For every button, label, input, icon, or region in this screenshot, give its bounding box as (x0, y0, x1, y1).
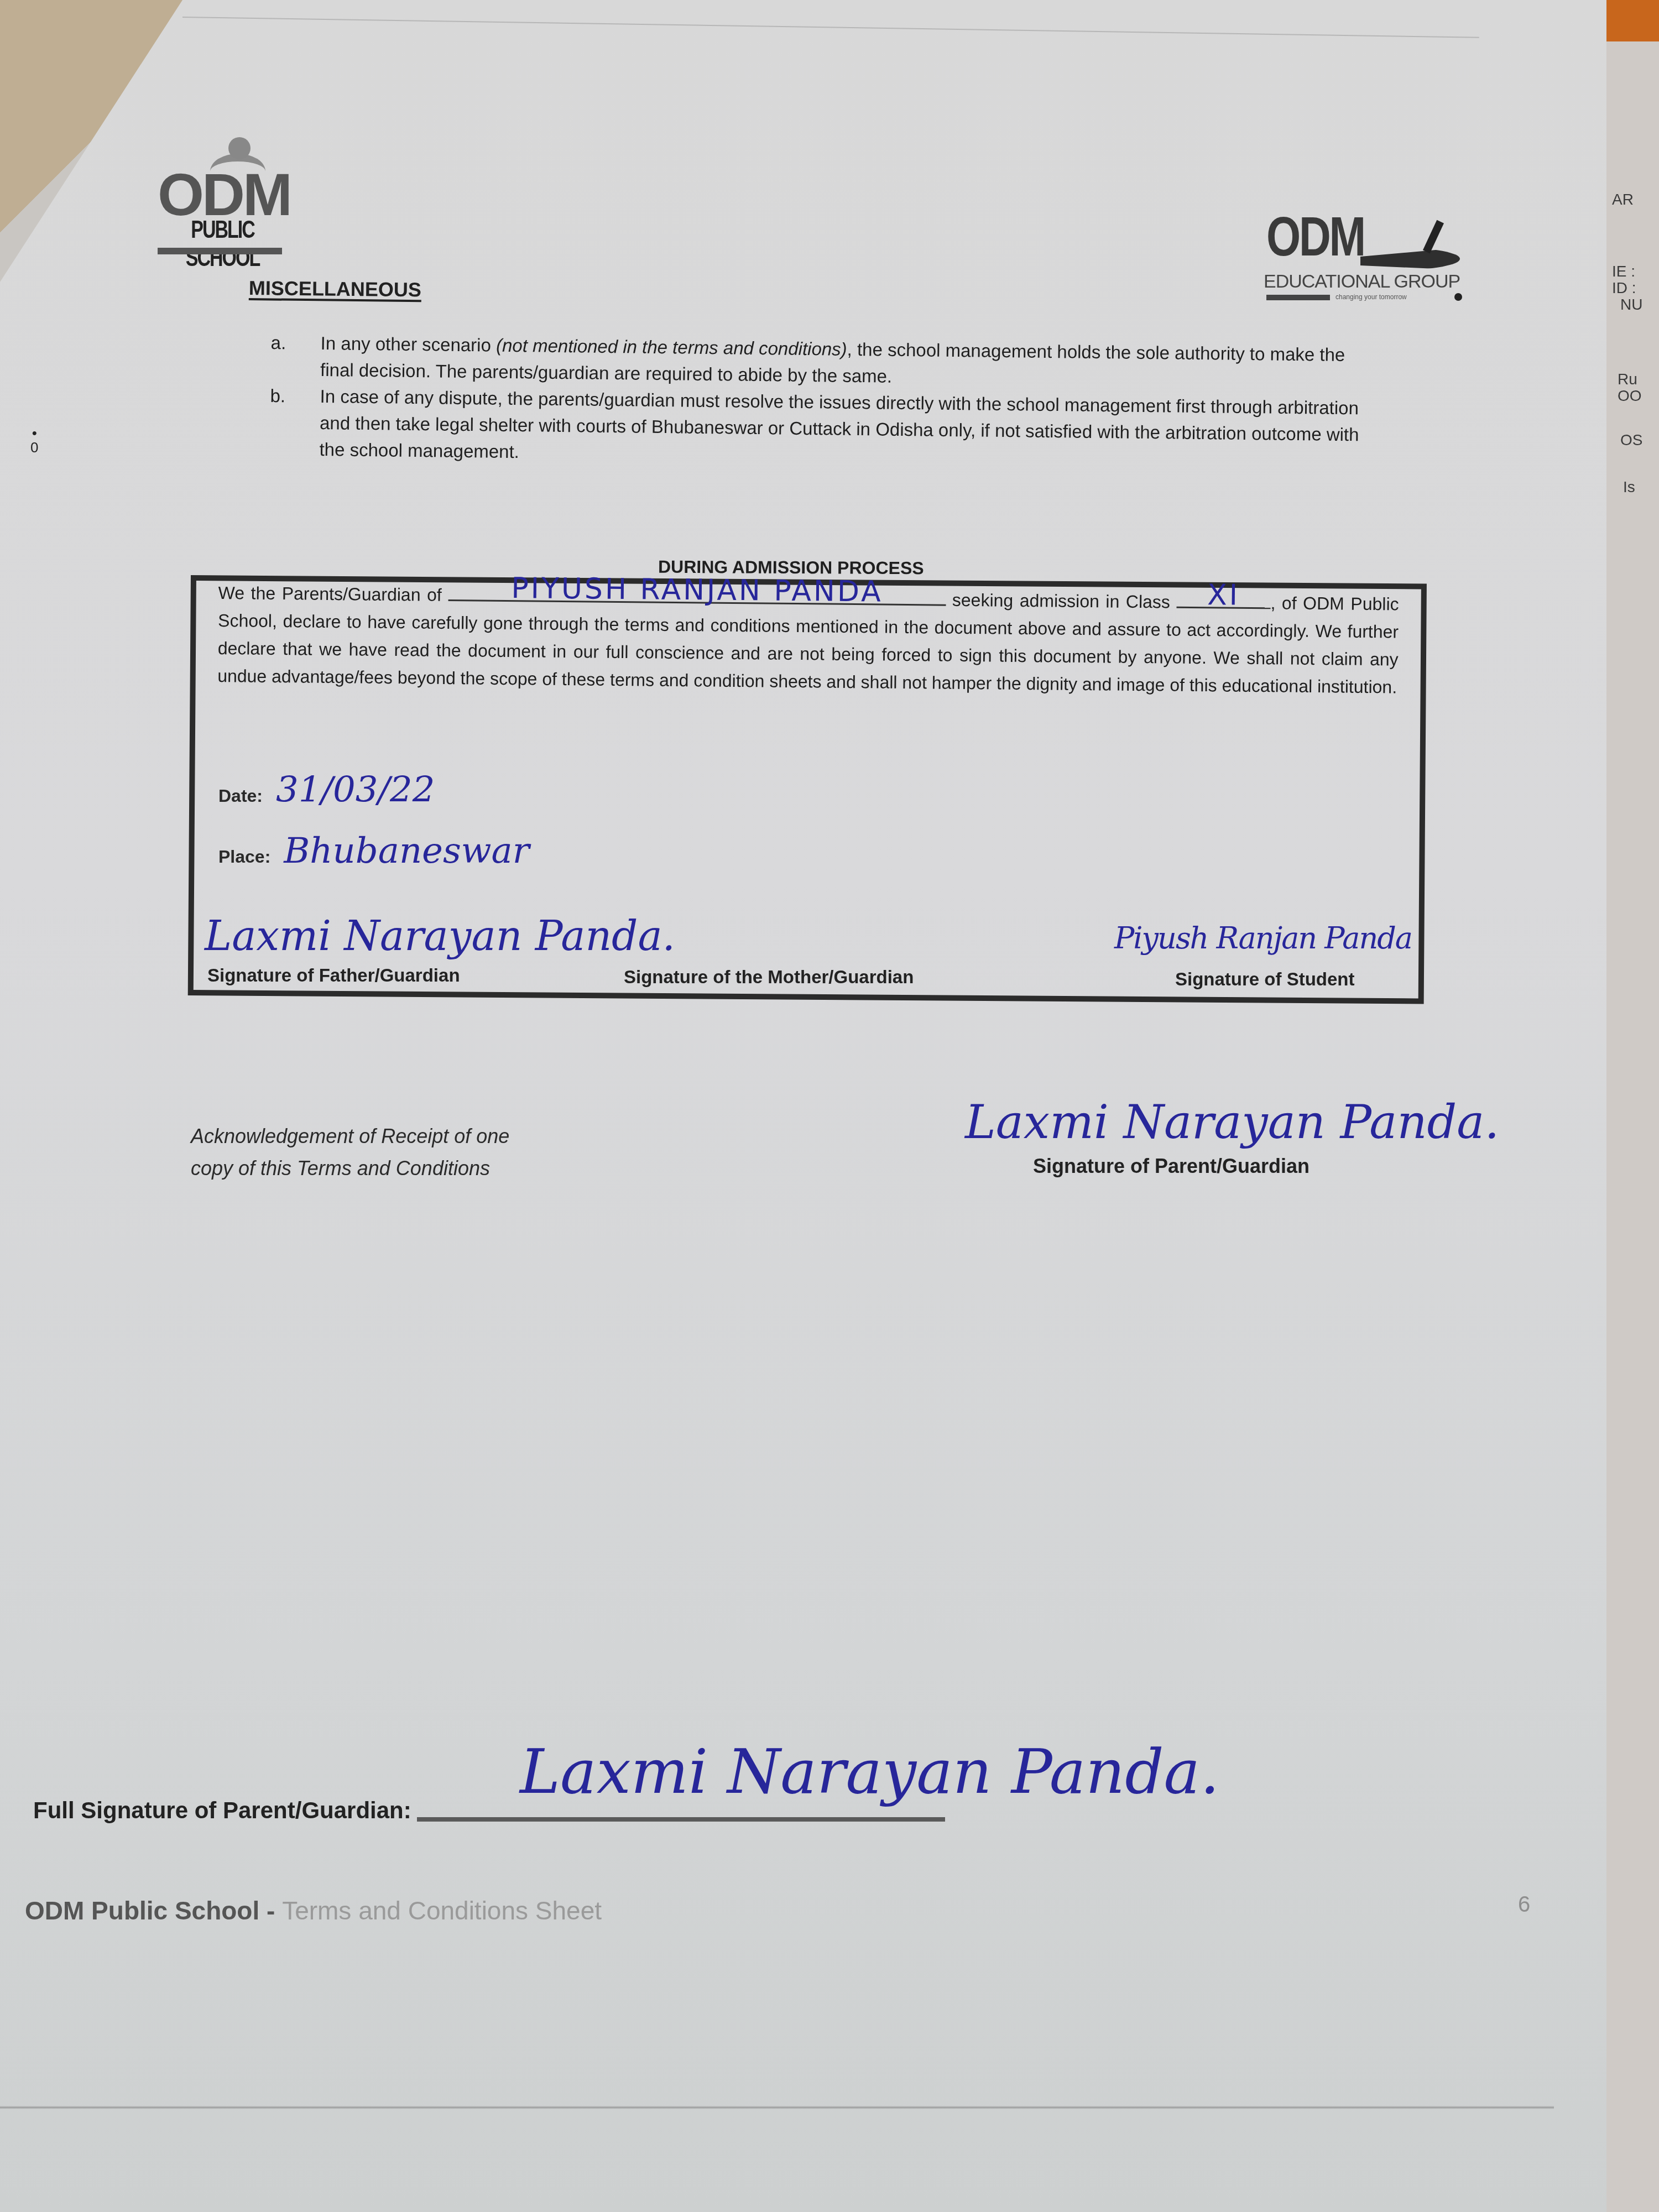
underlying-text: AR (1612, 191, 1634, 208)
school-logo-subtitle: PUBLIC SCHOOL (158, 216, 288, 272)
misc-list: a. In any other scenario (not mentioned … (269, 330, 1383, 475)
full-signature-label: Full Signature of Parent/Guardian: (33, 1797, 411, 1824)
student-signature[interactable]: Piyush Ranjan Panda (1114, 921, 1412, 956)
date-value[interactable]: 31/03/22 (276, 770, 435, 811)
student-name-value: PIYUSH RANJAN PANDA (448, 574, 946, 607)
orange-folder (1606, 0, 1659, 41)
footer-brand: ODM Public School (25, 1896, 259, 1925)
logo-dot-icon (1454, 293, 1462, 301)
group-logo-tagline: changing your tomorrow (1335, 293, 1407, 301)
fold-crease (0, 2106, 1554, 2109)
father-signature-label: Signature of Father/Guardian (207, 965, 460, 986)
page-number: 6 (1518, 1892, 1530, 1917)
full-signature[interactable]: Laxmi Narayan Panda. (520, 1736, 1219, 1807)
section-title: MISCELLANEOUS (249, 276, 421, 301)
full-signature-line[interactable] (417, 1817, 945, 1822)
student-name-field[interactable]: PIYUSH RANJAN PANDA (448, 577, 946, 606)
group-logo-name: ODM (1266, 209, 1364, 264)
class-value: XI (1176, 581, 1270, 610)
declaration-part: We the Parents/Guardian of (218, 583, 448, 605)
list-item-italic: (not mentioned in the terms and conditio… (496, 335, 847, 359)
logo-bar (158, 248, 282, 254)
group-logo: ODM EDUCATIONAL GROUP changing your tomo… (1261, 209, 1471, 309)
parent-signature-label: Signature of Parent/Guardian (1033, 1155, 1310, 1178)
date-label: Date: (218, 786, 263, 806)
underlying-text: Ru (1618, 371, 1637, 388)
date-row: Date: 31/03/22 (218, 770, 435, 811)
declaration-part: seeking admission in Class (952, 590, 1177, 612)
place-label: Place: (218, 847, 270, 867)
runner-icon (1423, 220, 1444, 253)
document-page: •0 ODM PUBLIC SCHOOL ODM EDUCATIONAL GRO… (0, 0, 1606, 2212)
logo-figure-head-icon (228, 137, 251, 159)
list-marker: a. (270, 330, 286, 356)
student-signature-label: Signature of Student (1175, 969, 1355, 990)
acknowledgement-line: Acknowledgement of Receipt of one (191, 1120, 509, 1152)
underlying-text: Is (1623, 478, 1635, 496)
father-signature[interactable]: Laxmi Narayan Panda. (205, 912, 675, 960)
underlying-text: OS (1620, 431, 1642, 449)
list-item-text: In any other scenario (321, 333, 497, 356)
list-marker: b. (270, 383, 285, 409)
logo-tagline-bar (1266, 295, 1330, 300)
school-logo-name: ODM (158, 165, 288, 225)
footer-separator: - (259, 1896, 282, 1925)
parent-signature[interactable]: Laxmi Narayan Panda. (965, 1095, 1499, 1149)
place-value[interactable]: Bhubaneswar (284, 831, 529, 872)
footer-doc-title: Terms and Conditions Sheet (282, 1896, 602, 1925)
acknowledgement-text: Acknowledgement of Receipt of one copy o… (191, 1120, 509, 1185)
underlying-text: OO (1618, 387, 1642, 405)
footer: ODM Public School - Terms and Conditions… (25, 1896, 602, 1926)
school-logo: ODM PUBLIC SCHOOL (158, 132, 288, 259)
underlying-sheet: AR IE : ID : NU Ru OO OS Is (1605, 41, 1659, 2212)
declaration-text: We the Parents/Guardian of PIYUSH RANJAN… (217, 575, 1399, 701)
mother-signature-label: Signature of the Mother/Guardian (624, 967, 914, 988)
plane-icon (1360, 248, 1460, 270)
underlying-text: NU (1620, 296, 1642, 314)
underlying-text: IE : (1612, 263, 1635, 280)
class-field[interactable]: XI (1176, 585, 1270, 609)
group-logo-subtitle: EDUCATIONAL GROUP (1264, 271, 1460, 293)
acknowledgement-line: copy of this Terms and Conditions (191, 1152, 509, 1185)
list-item-text: In case of any dispute, the parents/guar… (319, 386, 1359, 462)
margin-mark: •0 (30, 426, 38, 455)
place-row: Place: Bhubaneswar (218, 831, 529, 872)
list-item: b. In case of any dispute, the parents/g… (269, 383, 1382, 475)
underlying-text: ID : (1612, 279, 1636, 297)
page-edge (182, 17, 1479, 38)
